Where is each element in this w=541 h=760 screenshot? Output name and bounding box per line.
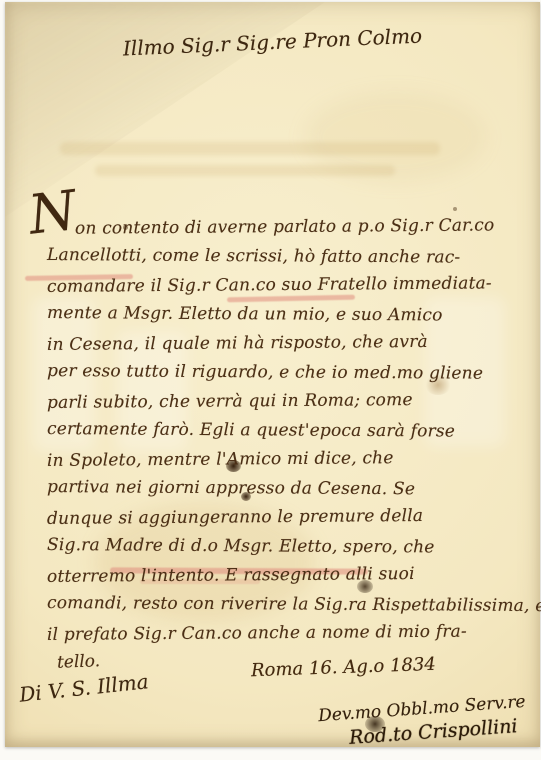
hyphenated-word-fragment: tello. <box>57 651 101 672</box>
letter-line: partiva nei giorni appresso da Cesena. S… <box>47 477 531 509</box>
valediction: Di V. S. Illma <box>18 669 150 706</box>
letter-line: Lancellotti, come le scrissi, hò fatto a… <box>47 245 531 277</box>
letter-line: otterremo l'intento. E rassegnato alli s… <box>47 563 531 596</box>
letter-line: per esso tutto il riguardo, e che io med… <box>47 361 531 393</box>
letter-line: comandare il Sig.r Can.co suo Fratello i… <box>47 273 531 306</box>
letter-line: in Spoleto, mentre l'Amico mi dice, che <box>47 447 531 480</box>
letter-line: in Cesena, il quale mi hà risposto, che … <box>47 331 531 364</box>
letter-body: on contento di averne parlato a p.o Sig.… <box>47 217 531 652</box>
ink-speck <box>453 207 457 211</box>
letter-line: parli subito, che verrà qui in Roma; com… <box>47 389 531 422</box>
letter-page: Illmo Sig.r Sig.re Pron Colmo N on conte… <box>5 2 540 747</box>
letter-line: certamente farò. Egli a quest'epoca sarà… <box>47 419 531 451</box>
letter-line: on contento di averne parlato a p.o Sig.… <box>47 215 531 248</box>
letter-line: Sig.ra Madre di d.o Msgr. Eletto, spero,… <box>47 535 531 567</box>
letter-line: comandi, resto con riverire la Sig.ra Ri… <box>47 593 531 625</box>
letter-line: dunque si aggiungeranno le premure della <box>47 505 531 538</box>
ink-showthrough <box>60 142 440 155</box>
letter-line: il prefato Sig.r Can.co anche a nome di … <box>47 621 531 654</box>
scanned-letter-photo: { "letter": { "salutation": "Illmo Sig.r… <box>0 0 541 760</box>
dateline: Roma 16. Ag.o 1834 <box>251 654 436 681</box>
ink-showthrough <box>95 165 395 176</box>
letter-line: mente a Msgr. Eletto da un mio, e suo Am… <box>47 303 531 335</box>
